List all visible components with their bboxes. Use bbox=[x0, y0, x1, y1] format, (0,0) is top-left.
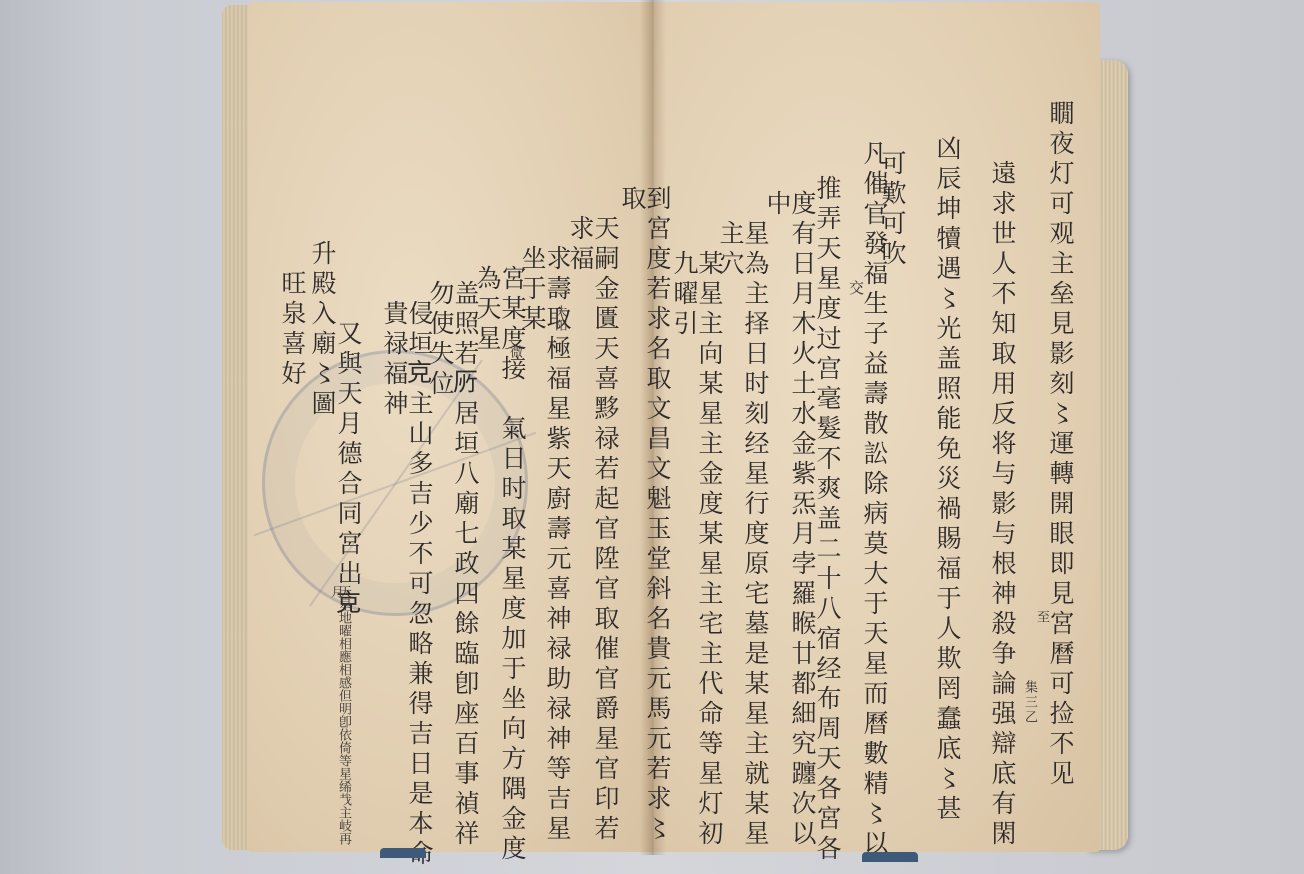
left-col-8: 升殿入廟〻圖 bbox=[310, 240, 335, 420]
right-col-1: 瞯夜灯可观主垒見影刻〻運轉開眼即見宮曆可捡不见 bbox=[1048, 100, 1073, 790]
right-col-2: 遠求世人不知取用反将与影与根神殺争論强辯底有閑 bbox=[990, 160, 1015, 850]
left-col-6: 侵垣𠑽主山多吉少不可忽略兼得吉日是本命貴禄福神 bbox=[382, 300, 432, 874]
right-interlinear-note-1: 交 bbox=[846, 280, 867, 297]
right-interlinear-note-2: 至 bbox=[1032, 610, 1051, 625]
left-col-1: 到宮度若求名取文昌文魁玉堂斜名貴元馬元若求〻取 bbox=[620, 185, 670, 874]
right-col-5: 凡催官發福生子益壽散訟除病莫大于天星而曆數精〻以 bbox=[862, 140, 887, 860]
left-col-7: 又與天月德合同宮出𠑽 bbox=[336, 320, 361, 620]
left-interlinear-note-2: 微 bbox=[505, 345, 524, 360]
left-col-2: 天嗣金匱天喜黟禄若起官陞官取催官爵星官印若求福 bbox=[568, 215, 618, 874]
right-col-6: 推弄天星度过宫毫髮不爽盖二十八宿经布周天各宮各 bbox=[815, 175, 840, 865]
right-col-8: 星為主择日时刻经星行度原宅墓是某星主就某星主穴 bbox=[718, 220, 768, 874]
right-col-9: 某星主向某星主金度某星主宅主代命等星灯初九曜引 bbox=[672, 250, 722, 874]
left-interlinear-note-1: 太阳 bbox=[553, 305, 570, 333]
left-col-9: 旺泉喜好 bbox=[280, 270, 305, 390]
right-col-7: 度有日月木火土水金紫炁月孛羅睺廿都細究躔次以中 bbox=[765, 190, 815, 874]
right-col-3: 凶辰坤犢遇〻光盖照能免災禍賜福于人欺罔蠢底〻甚 bbox=[935, 135, 960, 825]
left-col-5: 盖照若𠩄居垣八廟七政四餘臨卽座百事禎祥勿使失位 bbox=[428, 280, 478, 874]
right-margin-note: 集三乙 bbox=[1020, 680, 1039, 725]
left-col-3: 求壽取極福星紫天廚壽元喜神禄助禄神等吉星坐于某 bbox=[520, 245, 570, 874]
binding-tab-left bbox=[380, 848, 426, 858]
left-small-annotation: 天星地曜相應相感但明卽依倚等星𫄨𢦏主岐再 bbox=[337, 585, 350, 845]
binding-tab-right bbox=[862, 852, 918, 862]
left-interlinear-note-3: 月 bbox=[326, 585, 345, 600]
